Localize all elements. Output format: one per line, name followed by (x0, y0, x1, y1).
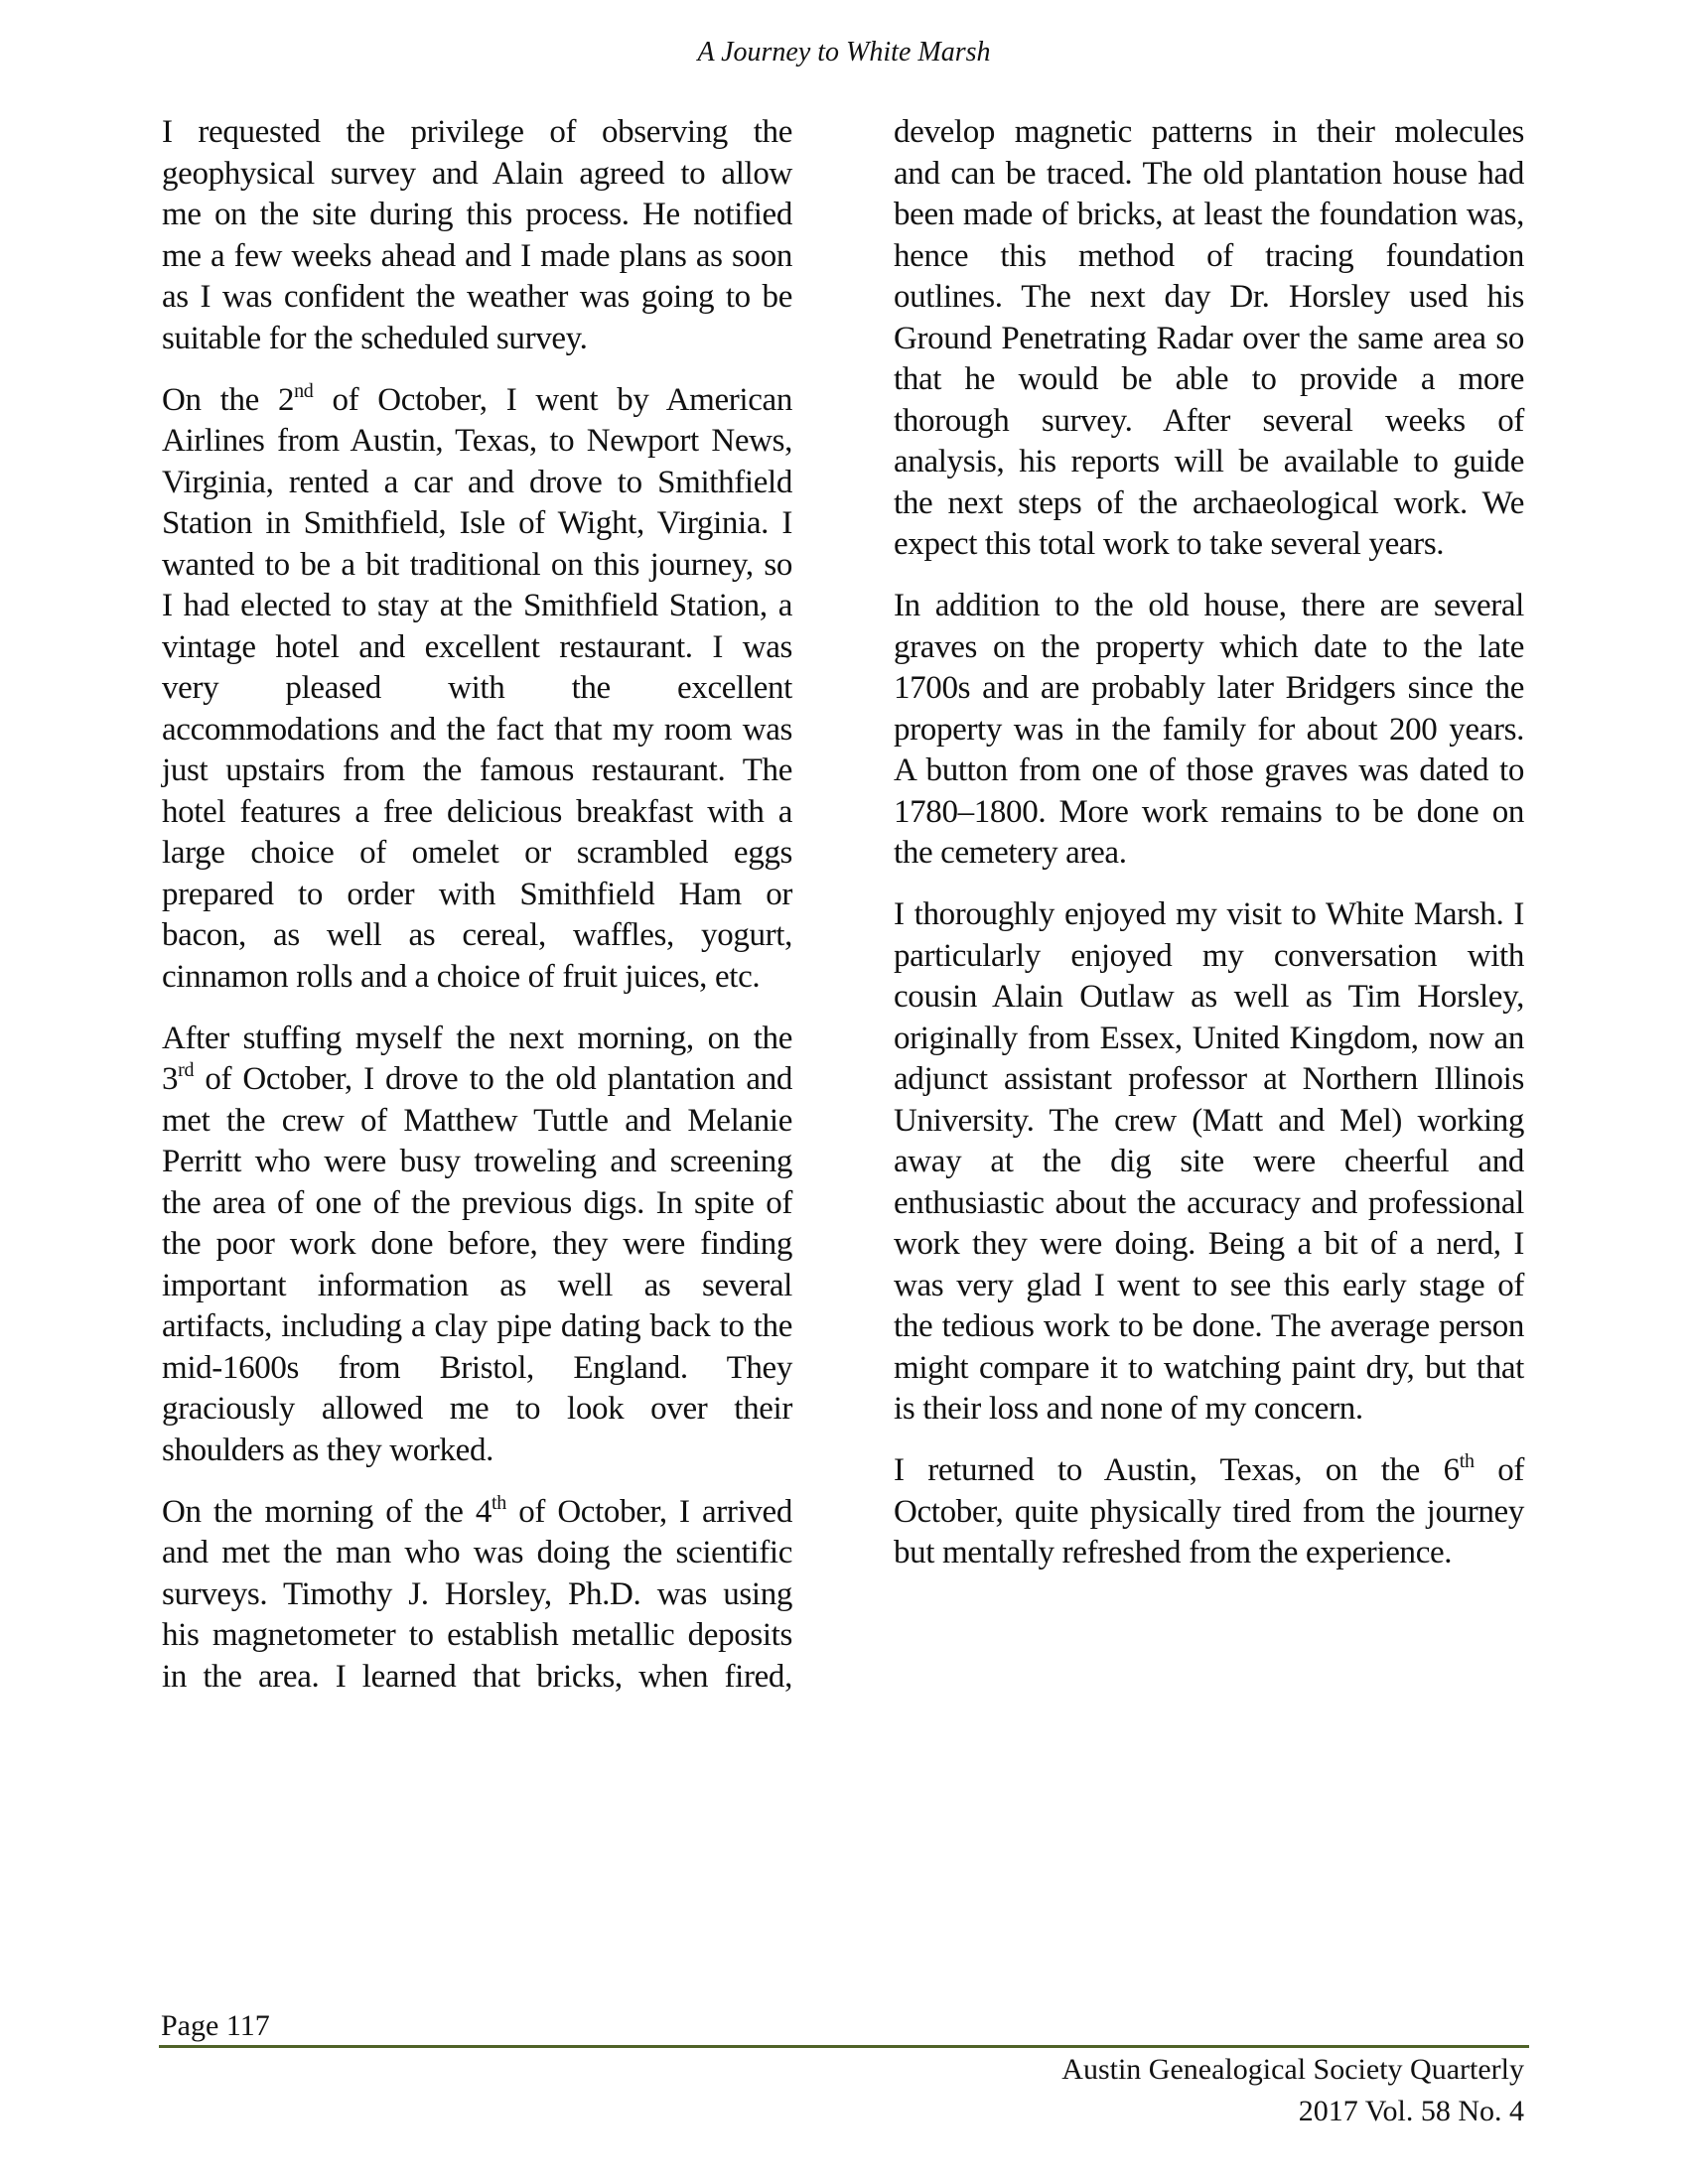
text-line: important information as well as several (162, 1266, 792, 1307)
text-line: the poor work done before, they were fin… (162, 1224, 792, 1266)
text-line: vintage hotel and excellent restaurant. … (162, 627, 792, 669)
footer-divider (159, 2045, 1529, 2048)
text-line: In addition to the old house, there are … (894, 586, 1524, 627)
text-line: surveys. Timothy J. Horsley, Ph.D. was u… (162, 1574, 792, 1616)
right-column: develop magnetic patterns in their molec… (894, 112, 1524, 1594)
text-line: I returned to Austin, Texas, on the 6th … (894, 1450, 1524, 1492)
text-line: that he would be able to provide a more (894, 359, 1524, 401)
ordinal-superscript: rd (178, 1059, 194, 1081)
text-line: graves on the property which date to the… (894, 627, 1524, 669)
ordinal-superscript: th (492, 1492, 506, 1514)
text-line: On the morning of the 4th of October, I … (162, 1492, 792, 1534)
text-line: expect this total work to take several y… (894, 524, 1524, 566)
text-line: been made of bricks, at least the founda… (894, 195, 1524, 236)
text-line: property was in the family for about 200… (894, 710, 1524, 751)
text-line: hotel features a free delicious breakfas… (162, 792, 792, 834)
ordinal-superscript: nd (294, 380, 313, 402)
text-line: is their loss and none of my concern. (894, 1389, 1524, 1431)
text-line: Airlines from Austin, Texas, to Newport … (162, 421, 792, 463)
text-line: accommodations and the fact that my room… (162, 710, 792, 751)
text-line: cinnamon rolls and a choice of fruit jui… (162, 957, 792, 999)
text-line: was very glad I went to see this early s… (894, 1266, 1524, 1307)
text-line: University. The crew (Matt and Mel) work… (894, 1101, 1524, 1143)
text-line: shoulders as they worked. (162, 1431, 792, 1472)
text-line: graciously allowed me to look over their (162, 1389, 792, 1431)
text-line: very pleased with the excellent (162, 668, 792, 710)
issue-info: 2017 Vol. 58 No. 4 (1061, 2091, 1524, 2132)
text-line: the tedious work to be done. The average… (894, 1306, 1524, 1348)
text-line: might compare it to watching paint dry, … (894, 1348, 1524, 1390)
ordinal-superscript: th (1460, 1450, 1475, 1472)
text-line: mid-1600s from Bristol, England. They (162, 1348, 792, 1390)
text-line: A button from one of those graves was da… (894, 751, 1524, 792)
text-line: wanted to be a bit traditional on this j… (162, 545, 792, 587)
text-line: his magnetometer to establish metallic d… (162, 1615, 792, 1657)
page-number: Page 117 (161, 2009, 270, 2043)
text-line: On the 2nd of October, I went by America… (162, 380, 792, 422)
text-line: particularly enjoyed my conversation wit… (894, 936, 1524, 978)
text-line: work they were doing. Being a bit of a n… (894, 1224, 1524, 1266)
text-line: but mentally refreshed from the experien… (894, 1533, 1524, 1574)
paragraph: After stuffing myself the next morning, … (162, 1019, 792, 1472)
text-line: cousin Alain Outlaw as well as Tim Horsl… (894, 977, 1524, 1019)
text-line: Virginia, rented a car and drove to Smit… (162, 463, 792, 504)
text-line: suitable for the scheduled survey. (162, 319, 792, 360)
text-line: and can be traced. The old plantation ho… (894, 154, 1524, 196)
text-line: 3rd of October, I drove to the old plant… (162, 1059, 792, 1101)
text-line: in the area. I learned that bricks, when… (162, 1657, 792, 1699)
text-line: met the crew of Matthew Tuttle and Melan… (162, 1101, 792, 1143)
text-line: I thoroughly enjoyed my visit to White M… (894, 894, 1524, 936)
paragraph: I requested the privilege of observing t… (162, 112, 792, 359)
text-line: Ground Penetrating Radar over the same a… (894, 319, 1524, 360)
text-line: develop magnetic patterns in their molec… (894, 112, 1524, 154)
paragraph: I thoroughly enjoyed my visit to White M… (894, 894, 1524, 1431)
text-line: thorough survey. After several weeks of (894, 401, 1524, 443)
text-line: outlines. The next day Dr. Horsley used … (894, 277, 1524, 319)
text-line: just upstairs from the famous restaurant… (162, 751, 792, 792)
text-line: and met the man who was doing the scient… (162, 1533, 792, 1574)
text-line: hence this method of tracing foundation (894, 236, 1524, 278)
text-line: originally from Essex, United Kingdom, n… (894, 1019, 1524, 1060)
text-line: me a few weeks ahead and I made plans as… (162, 236, 792, 278)
text-line: analysis, his reports will be available … (894, 442, 1524, 483)
text-line: Station in Smithfield, Isle of Wight, Vi… (162, 503, 792, 545)
publication-title: Austin Genealogical Society Quarterly (1061, 2049, 1524, 2091)
text-line: away at the dig site were cheerful and (894, 1142, 1524, 1183)
text-line: I had elected to stay at the Smithfield … (162, 586, 792, 627)
text-line: bacon, as well as cereal, waffles, yogur… (162, 915, 792, 957)
paragraph: In addition to the old house, there are … (894, 586, 1524, 875)
text-line: the area of one of the previous digs. In… (162, 1183, 792, 1225)
paragraph: develop magnetic patterns in their molec… (894, 112, 1524, 566)
paragraph: On the 2nd of October, I went by America… (162, 380, 792, 999)
text-line: as I was confident the weather was going… (162, 277, 792, 319)
text-line: October, quite physically tired from the… (894, 1492, 1524, 1534)
text-line: me on the site during this process. He n… (162, 195, 792, 236)
text-line: artifacts, including a clay pipe dating … (162, 1306, 792, 1348)
text-line: After stuffing myself the next morning, … (162, 1019, 792, 1060)
text-line: geophysical survey and Alain agreed to a… (162, 154, 792, 196)
text-line: the next steps of the archaeological wor… (894, 483, 1524, 525)
running-header-title: A Journey to White Marsh (0, 36, 1688, 69)
text-line: 1780–1800. More work remains to be done … (894, 792, 1524, 834)
text-line: enthusiastic about the accuracy and prof… (894, 1183, 1524, 1225)
text-line: the cemetery area. (894, 833, 1524, 875)
text-line: I requested the privilege of observing t… (162, 112, 792, 154)
text-line: 1700s and are probably later Bridgers si… (894, 668, 1524, 710)
text-line: adjunct assistant professor at Northern … (894, 1059, 1524, 1101)
text-line: large choice of omelet or scrambled eggs (162, 833, 792, 875)
paragraph: I returned to Austin, Texas, on the 6th … (894, 1450, 1524, 1574)
publication-info: Austin Genealogical Society Quarterly 20… (1061, 2049, 1524, 2132)
paragraph: On the morning of the 4th of October, I … (162, 1492, 792, 1699)
text-line: Perritt who were busy troweling and scre… (162, 1142, 792, 1183)
left-column: I requested the privilege of observing t… (162, 112, 792, 1718)
text-line: prepared to order with Smithfield Ham or (162, 875, 792, 916)
